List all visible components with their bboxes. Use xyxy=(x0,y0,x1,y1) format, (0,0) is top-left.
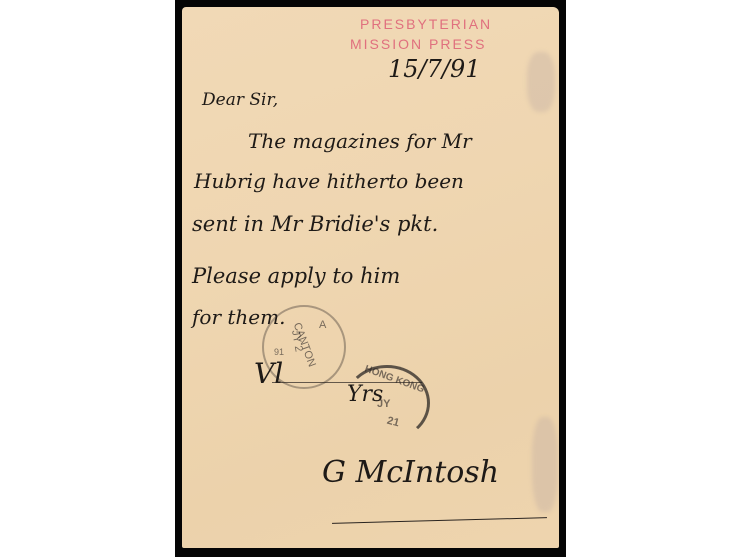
signature-flourish xyxy=(332,517,547,524)
postmark-hk-date: JY xyxy=(377,398,390,410)
imprint-line-2: MISSION PRESS xyxy=(350,36,486,52)
body-line-2: Hubrig have hitherto been xyxy=(194,169,464,193)
signature: G McIntosh xyxy=(322,455,499,490)
body-line-4: Please apply to him xyxy=(192,264,400,288)
stain-top-right xyxy=(527,52,555,112)
postmark-canton-year: 91 xyxy=(274,347,284,357)
postmark-hk-name: HONG KONG xyxy=(363,364,426,396)
date: 15/7/91 xyxy=(388,55,481,83)
postmark-canton-letter: A xyxy=(319,319,326,331)
salutation: Dear Sir, xyxy=(202,90,278,110)
body-line-1: The magazines for Mr xyxy=(248,129,472,153)
imprint-line-1: PRESBYTERIAN xyxy=(360,16,492,32)
postmark-hong-kong: HONG KONG JY 21 xyxy=(344,365,430,441)
body-line-3: sent in Mr Bridie's pkt. xyxy=(192,212,438,236)
closing-initials: Vl xyxy=(254,357,283,390)
postmark-hk-day: 21 xyxy=(386,415,401,430)
postcard: PRESBYTERIAN MISSION PRESS 15/7/91 Dear … xyxy=(182,7,559,548)
stain-bottom-right xyxy=(532,417,558,512)
